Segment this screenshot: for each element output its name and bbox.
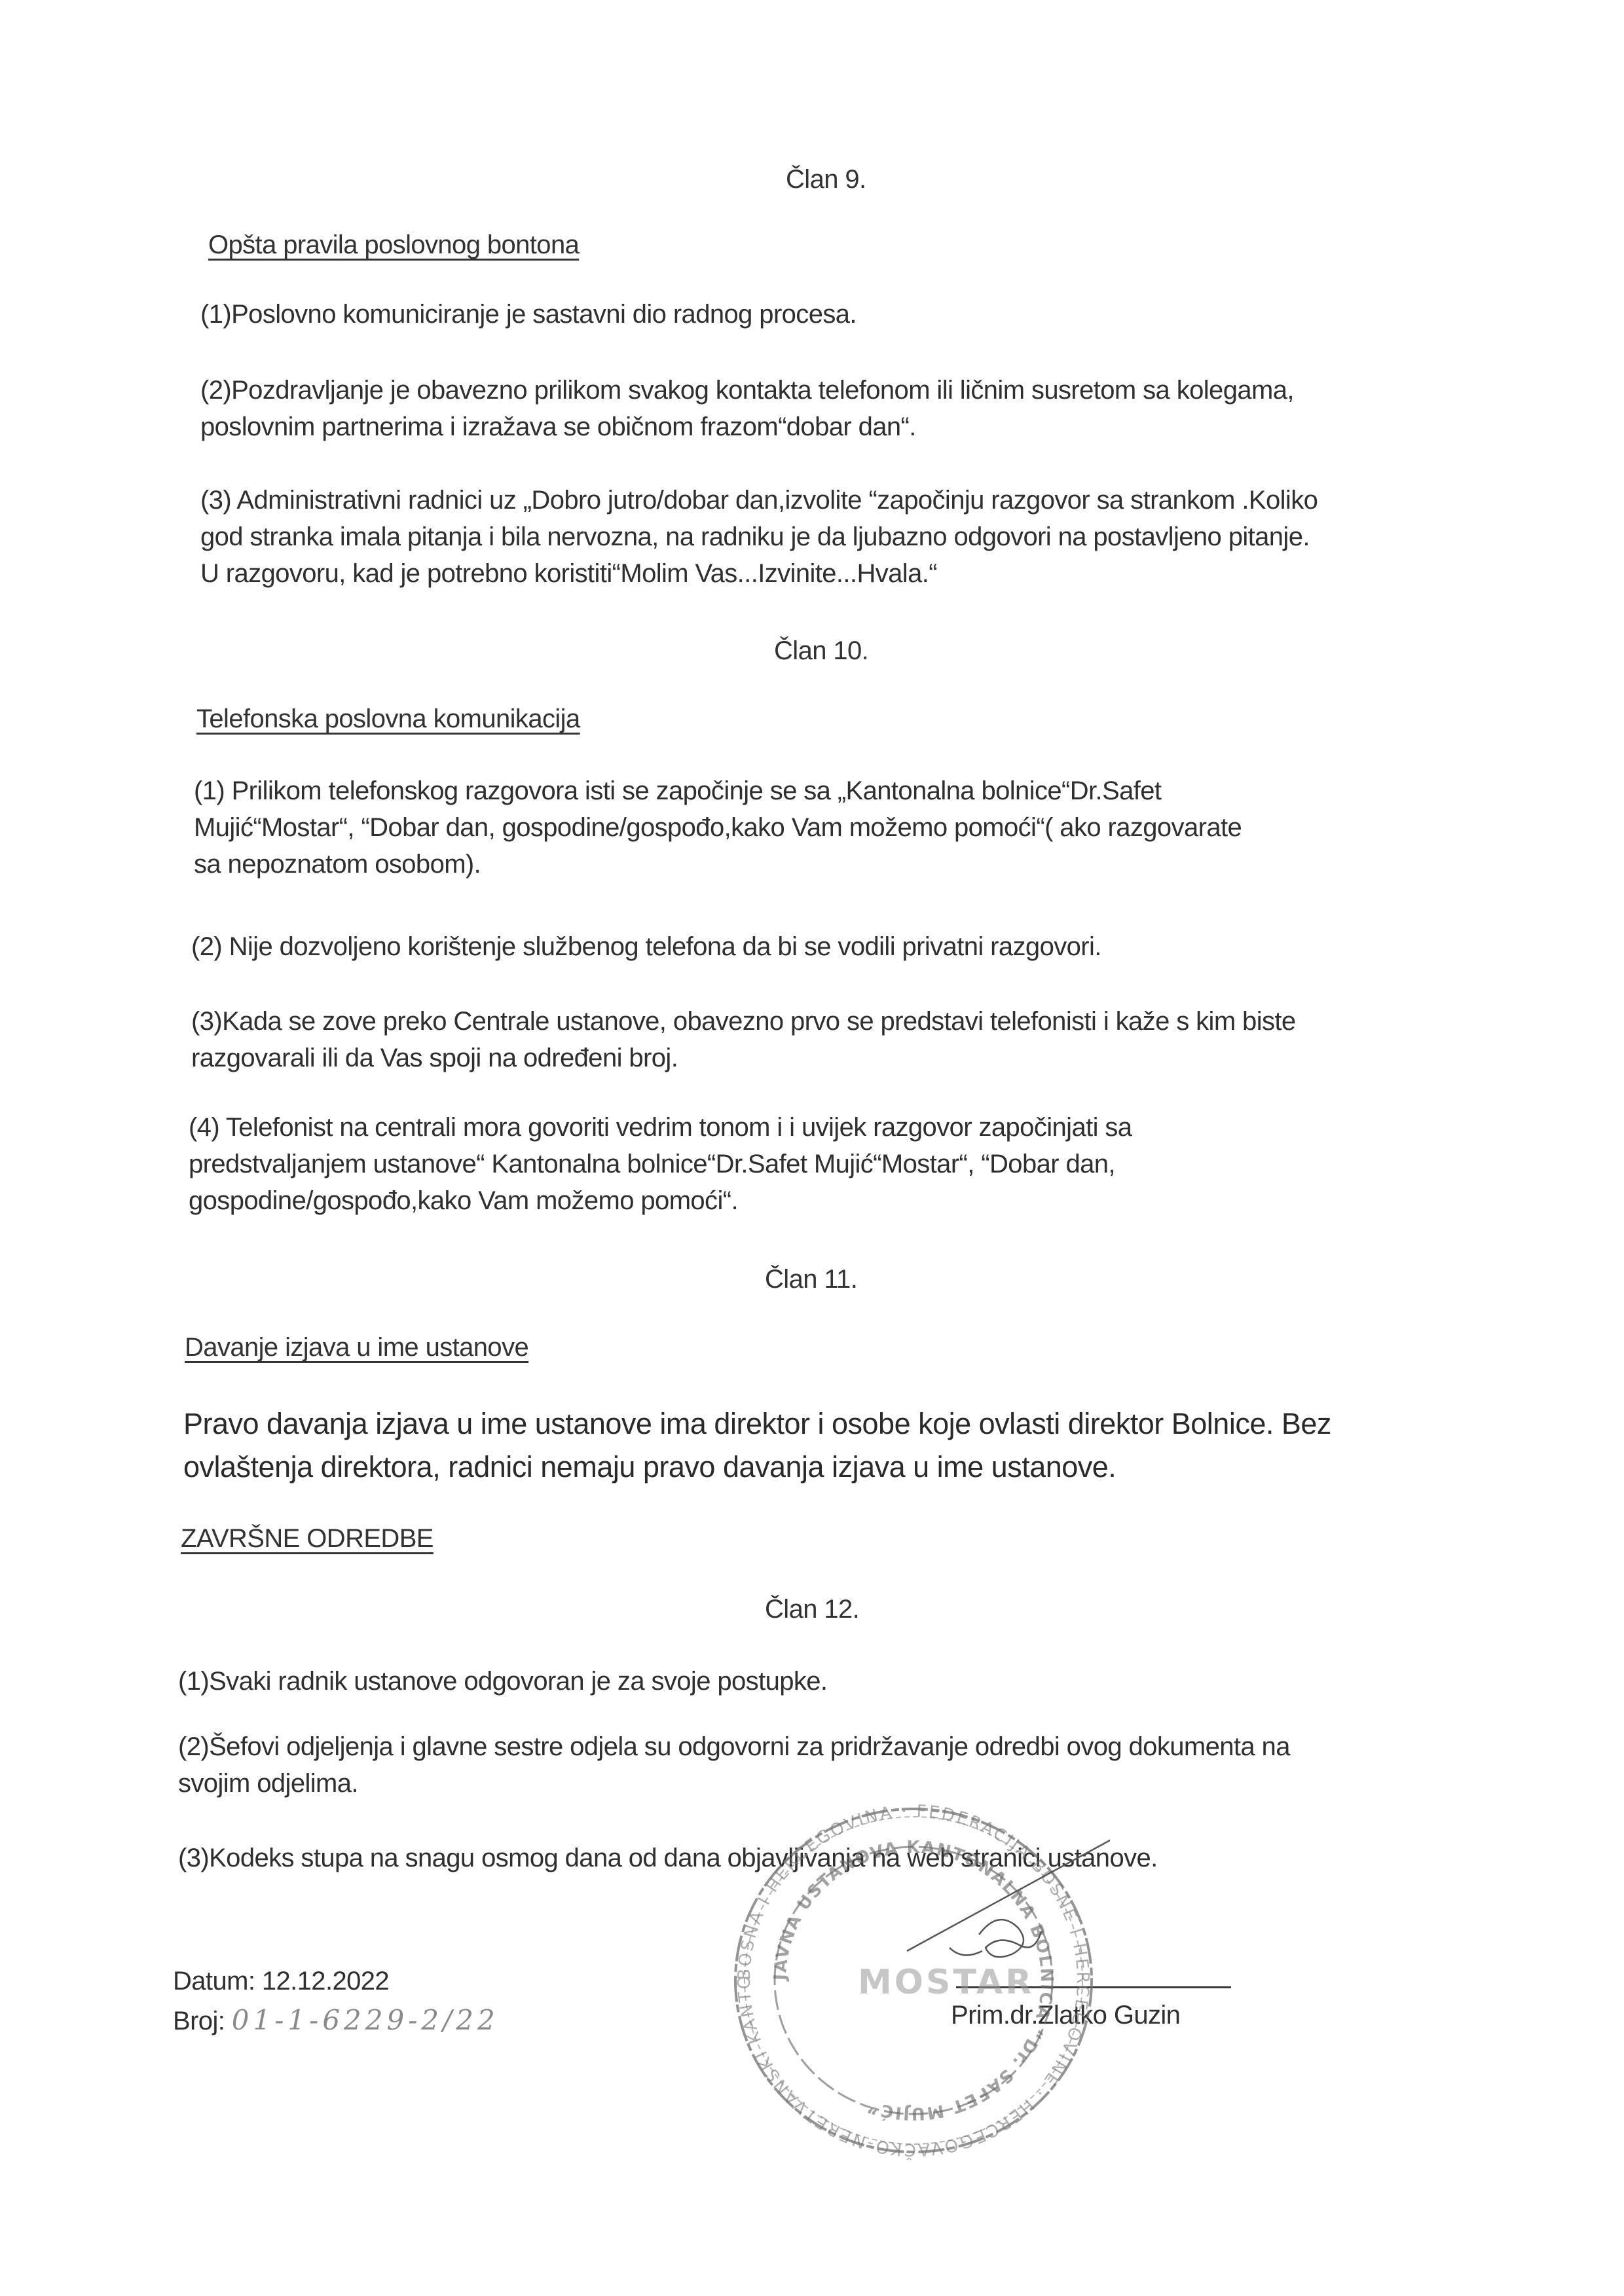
number-label: Broj:	[173, 2007, 225, 2035]
article-11-para-1: Pravo davanja izjava u ime ustanove ima …	[183, 1402, 1331, 1489]
article-11-number: Član 11.	[765, 1265, 857, 1294]
date-label: Datum:	[173, 1967, 255, 1995]
date-line: Datum: 12.12.2022	[173, 1963, 389, 1999]
article-10-para-3: (3)Kada se zove preko Centrale ustanove,…	[191, 1003, 1296, 1076]
date-value: 12.12.2022	[262, 1967, 389, 1995]
article-9-para-2: (2)Pozdravljanje je obavezno prilikom sv…	[200, 372, 1294, 445]
article-9-para-3: (3) Administrativni radnici uz „Dobro ju…	[200, 482, 1318, 592]
article-10-para-1: (1) Prilikom telefonskog razgovora isti …	[194, 773, 1242, 883]
article-9-para-1: (1)Poslovno komuniciranje je sastavni di…	[200, 296, 857, 333]
number-value-handwritten: 01-1-6229-2/22	[232, 2004, 499, 2036]
article-10-para-4: (4) Telefonist na centrali mora govoriti…	[189, 1109, 1132, 1219]
official-stamp-icon: BOSNA I HERCEGOVINA · FEDERACIJA BOSNE I…	[717, 1797, 1110, 2164]
article-12-para-1: (1)Svaki radnik ustanove odgovoran je za…	[178, 1663, 827, 1700]
final-provisions-heading: ZAVRŠNE ODREDBE	[181, 1524, 434, 1554]
article-10-para-2: (2) Nije dozvoljeno korištenje službenog…	[191, 928, 1101, 965]
article-9-number: Član 9.	[786, 165, 866, 194]
article-9-heading: Opšta pravila poslovnog bontona	[208, 230, 579, 260]
article-10-number: Član 10.	[774, 636, 868, 666]
article-11-heading: Davanje izjava u ime ustanove	[185, 1333, 528, 1362]
document-page: Član 9. Opšta pravila poslovnog bontona …	[0, 0, 1624, 2296]
article-12-para-2: (2)Šefovi odjeljenja i glavne sestre odj…	[178, 1728, 1290, 1802]
number-line: Broj: 01-1-6229-2/22	[173, 2002, 499, 2039]
article-12-number: Član 12.	[765, 1595, 859, 1624]
stamp-center-text: MOSTAR	[858, 1963, 1034, 2002]
article-10-heading: Telefonska poslovna komunikacija	[196, 704, 580, 734]
